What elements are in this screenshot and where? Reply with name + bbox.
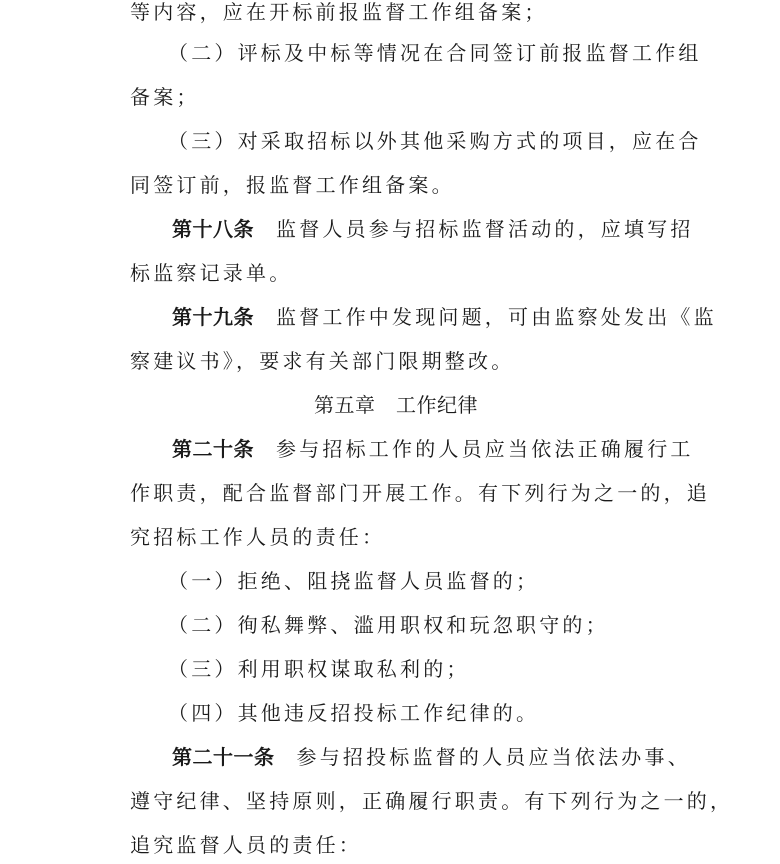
article-heading: 第二十一条	[172, 745, 275, 769]
paragraph-line: 究招标工作人员的责任：	[130, 522, 385, 552]
paragraph-line: 备案；	[130, 82, 200, 112]
paragraph-line: 作职责，配合监督部门开展工作。有下列行为之一的，追	[130, 478, 710, 508]
paragraph-line: 追究监督人员的责任：	[130, 830, 362, 860]
article-18: 第十八条监督人员参与招标监督活动的，应填写招	[172, 214, 694, 244]
list-item: （二）评标及中标等情况在合同签订前报监督工作组	[168, 38, 702, 68]
article-heading: 第十九条	[172, 305, 254, 329]
chapter-heading: 第五章 工作纪律	[130, 390, 662, 420]
list-item: （三）利用职权谋取私利的；	[168, 654, 470, 684]
article-text: 参与招标工作的人员应当依法正确履行工	[276, 437, 694, 461]
article-text: 监督人员参与招标监督活动的，应填写招	[276, 217, 694, 241]
paragraph-line: 等内容，应在开标前报监督工作组备案；	[130, 0, 548, 27]
article-heading: 第二十条	[172, 437, 254, 461]
list-item: （一）拒绝、阻挠监督人员监督的；	[168, 566, 539, 596]
list-item: （四）其他违反招投标工作纪律的。	[168, 698, 539, 728]
list-item: （二）徇私舞弊、滥用职权和玩忽职守的；	[168, 610, 609, 640]
paragraph-line: 遵守纪律、坚持原则，正确履行职责。有下列行为之一的，	[130, 786, 733, 816]
article-text: 监督工作中发现问题，可由监察处发出《监	[276, 305, 717, 329]
paragraph-line: 察建议书》，要求有关部门限期整改。	[130, 346, 514, 376]
article-20: 第二十条参与招标工作的人员应当依法正确履行工	[172, 434, 694, 464]
paragraph-line: 同签订前，报监督工作组备案。	[130, 170, 455, 200]
article-19: 第十九条监督工作中发现问题，可由监察处发出《监	[172, 302, 717, 332]
article-heading: 第十八条	[172, 217, 254, 241]
article-21: 第二十一条参与招投标监督的人员应当依法办事、	[172, 742, 691, 772]
article-text: 参与招投标监督的人员应当依法办事、	[297, 745, 691, 769]
list-item: （三）对采取招标以外其他采购方式的项目，应在合	[168, 126, 702, 156]
paragraph-line: 标监察记录单。	[130, 258, 292, 288]
